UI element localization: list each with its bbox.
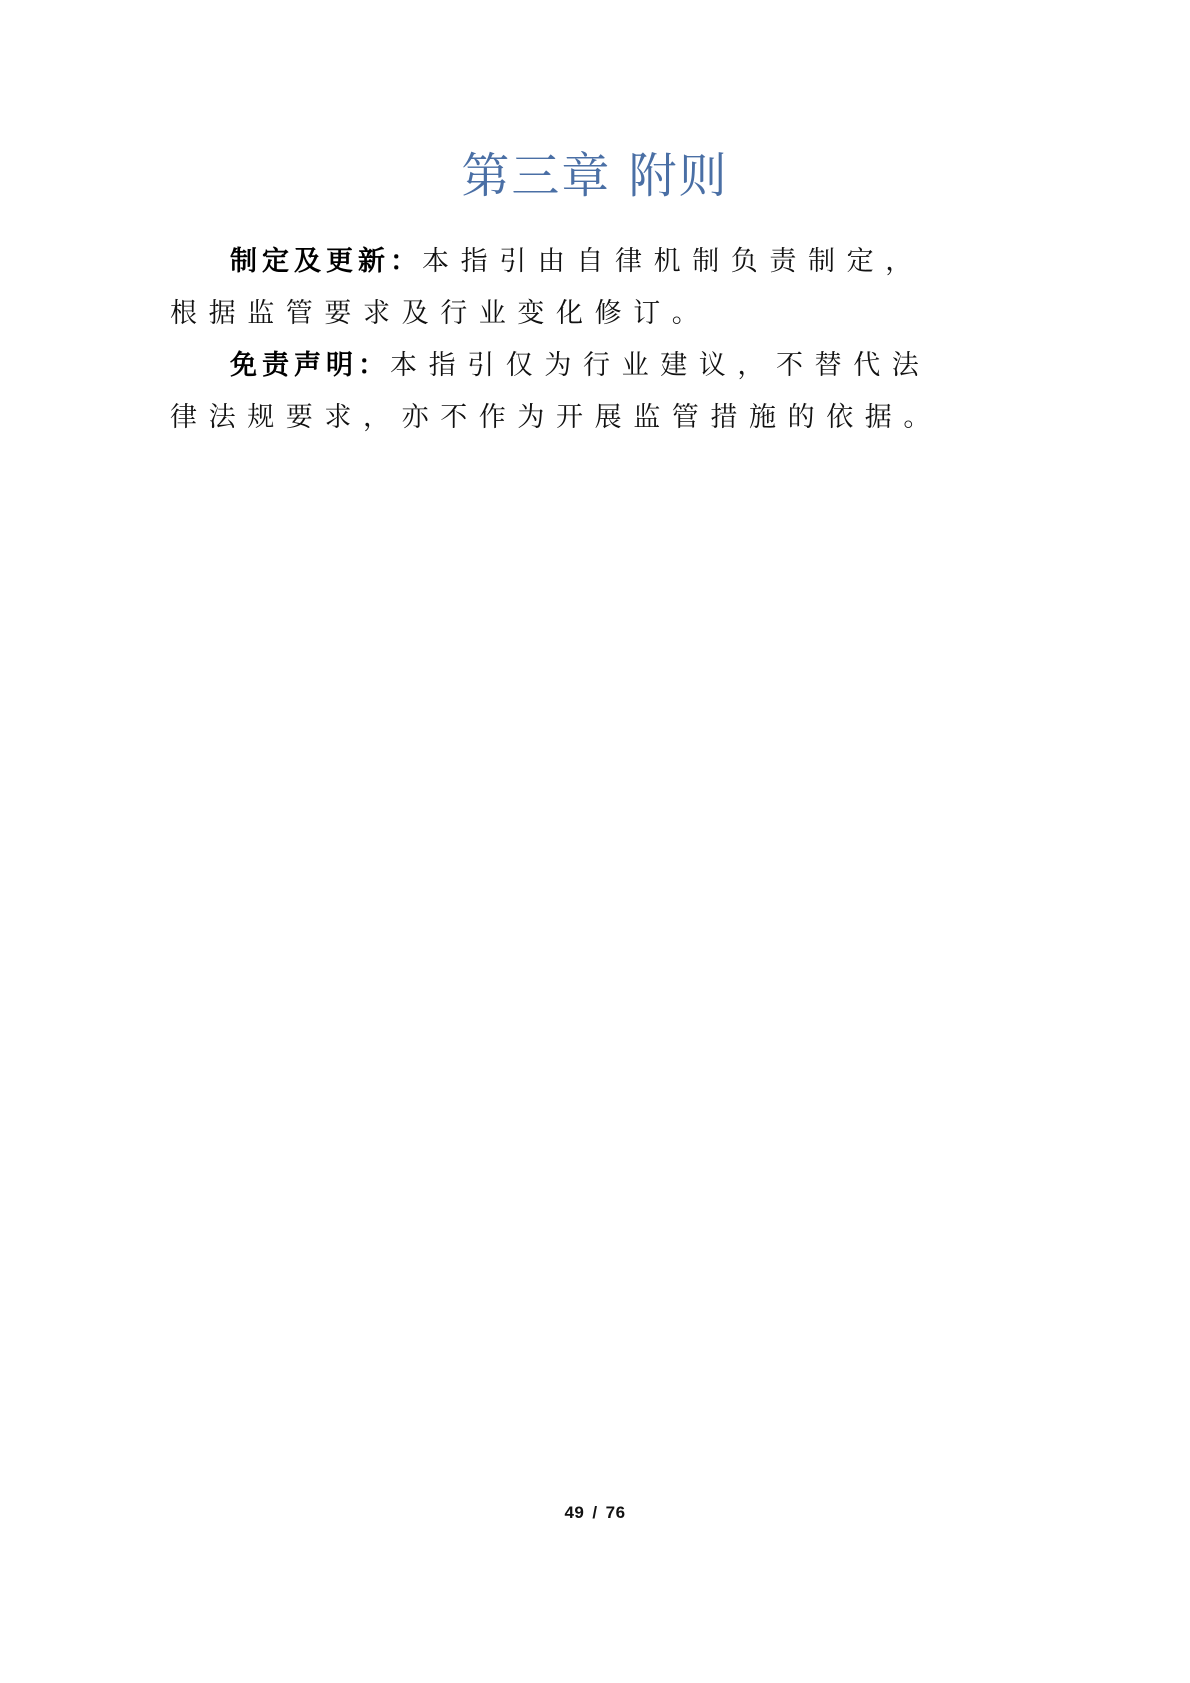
document-page: 第三章 附则 制定及更新：本指引由自律机制负责制定，根据监管要求及行业变化修订。… xyxy=(0,0,1190,1683)
page-separator: / xyxy=(592,1503,597,1522)
page-number: 49/76 xyxy=(0,1503,1190,1523)
chapter-body: 制定及更新：本指引由自律机制负责制定，根据监管要求及行业变化修订。 免责声明：本… xyxy=(170,236,950,444)
paragraph-lead-revision: 制定及更新： xyxy=(230,246,422,277)
paragraph-lead-disclaimer: 免责声明： xyxy=(230,350,390,381)
current-page-number: 49 xyxy=(564,1503,584,1522)
chapter-title: 第三章 附则 xyxy=(0,146,1190,206)
paragraph-disclaimer: 免责声明：本指引仅为行业建议，不替代法律法规要求，亦不作为开展监管措施的依据。 xyxy=(170,340,950,444)
paragraph-revision: 制定及更新：本指引由自律机制负责制定，根据监管要求及行业变化修订。 xyxy=(170,236,950,340)
total-page-count: 76 xyxy=(606,1503,626,1522)
